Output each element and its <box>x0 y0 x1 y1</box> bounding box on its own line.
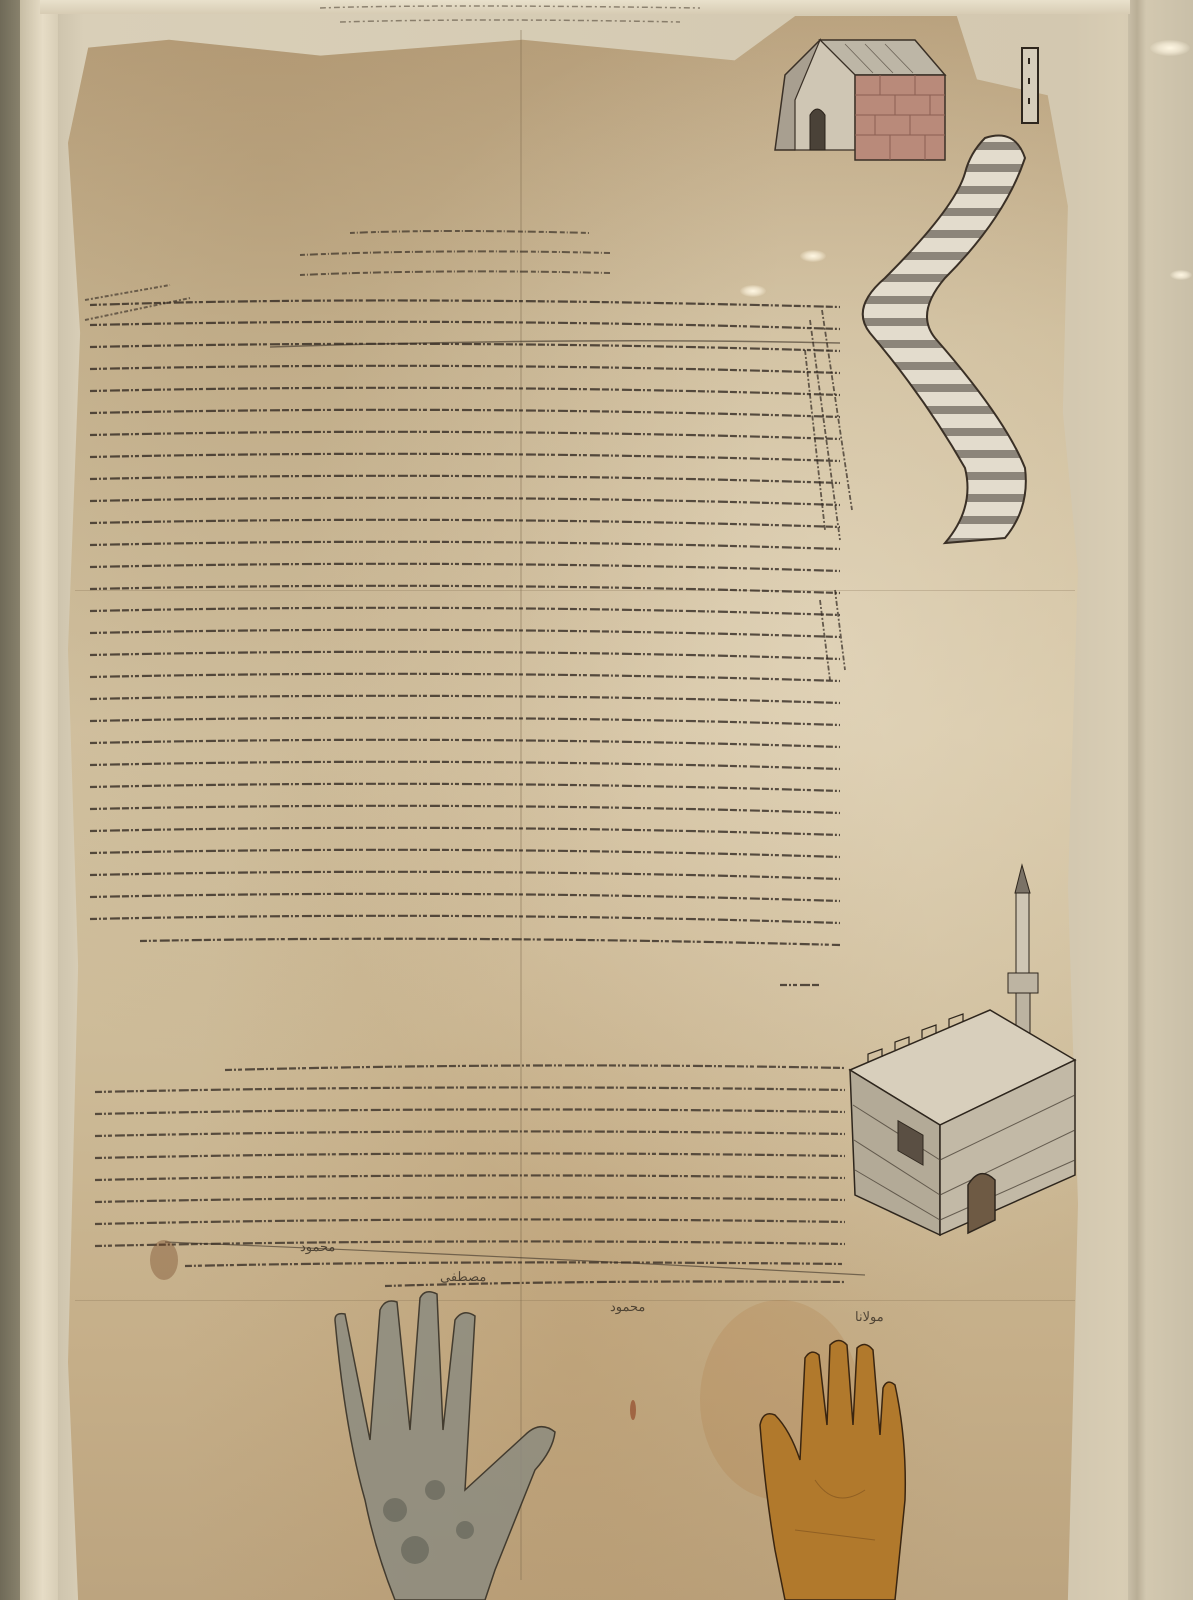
light-reflection <box>740 285 766 297</box>
grey-hand-outline-illustration <box>325 1290 565 1600</box>
frame-left-edge <box>20 0 58 1600</box>
mosque-with-minaret-illustration <box>850 865 1080 1235</box>
main-text-block <box>80 295 860 1015</box>
light-reflection <box>800 250 826 262</box>
header-text-lines <box>280 0 740 40</box>
frame-right-edge <box>1128 0 1146 1600</box>
ink-stain <box>630 1400 636 1420</box>
light-reflection <box>1150 40 1190 56</box>
signature-word: مولانا <box>855 1310 884 1325</box>
ink-stain <box>150 1240 178 1280</box>
winding-staircase-illustration <box>855 128 1085 558</box>
light-reflection <box>1170 270 1192 280</box>
signature-word: محمود <box>300 1240 335 1255</box>
fold-crease-horizontal <box>75 1300 1075 1301</box>
lower-text-block <box>85 1060 865 1290</box>
tower-column-illustration <box>1020 48 1040 128</box>
margin-notes-right <box>800 300 860 700</box>
signature-word: محمود <box>610 1300 645 1315</box>
margin-text-top-left <box>80 280 200 350</box>
golden-hand-illustration <box>755 1340 915 1600</box>
title-text-lines <box>290 225 620 295</box>
signature-word: مصطفى <box>440 1270 486 1285</box>
